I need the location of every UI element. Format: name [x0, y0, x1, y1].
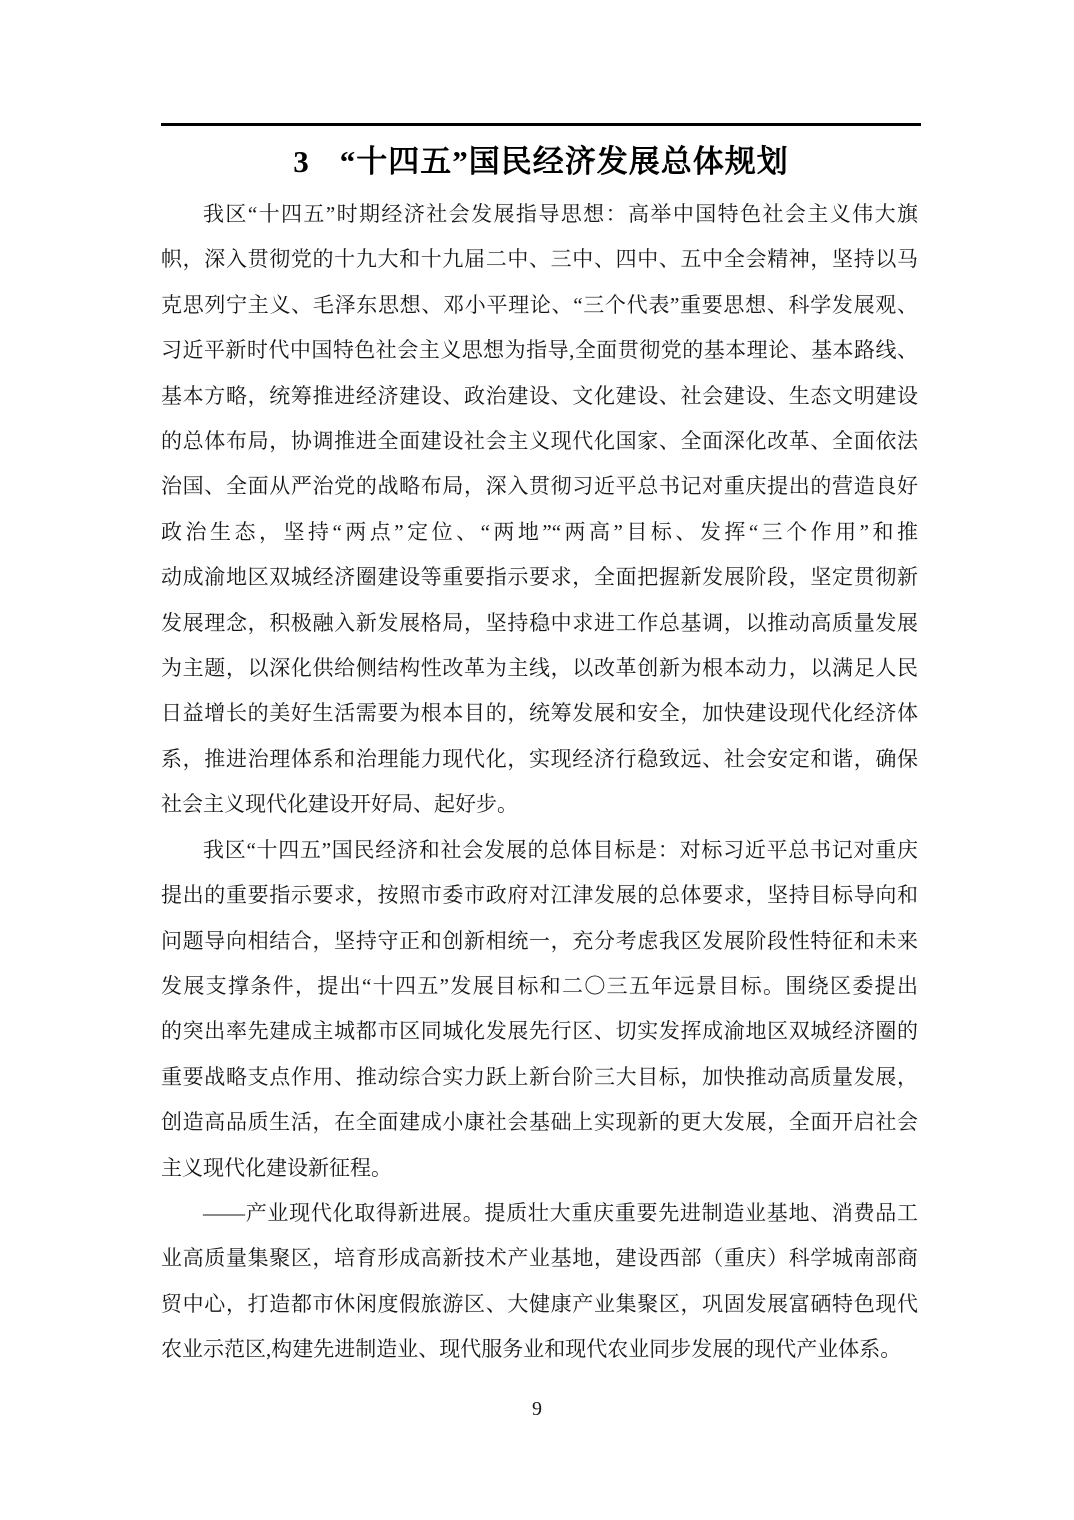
body-line-p1-13: 系，推进治理体系和治理能力现代化，实现经济行稳致远、社会安定和谐，确保: [161, 737, 918, 782]
body-line-p2-7: 创造高品质生活，在全面建成小康社会基础上实现新的更大发展，全面开启社会: [161, 1100, 918, 1145]
body-line-p1-4: 习近平新时代中国特色社会主义思想为指导,全面贯彻党的基本理论、基本路线、: [161, 328, 918, 373]
page-number: 9: [0, 1398, 1074, 1421]
body-line-p2-2: 提出的重要指示要求，按照市委市政府对江津发展的总体要求，坚持目标导向和: [161, 873, 918, 918]
body-line-p1-1: 我区“十四五”时期经济社会发展指导思想：高举中国特色社会主义伟大旗: [161, 192, 918, 237]
body-line-p1-5: 基本方略，统筹推进经济建设、政治建设、文化建设、社会建设、生态文明建设: [161, 374, 918, 419]
body-line-p1-6: 的总体布局，协调推进全面建设社会主义现代化国家、全面深化改革、全面依法: [161, 419, 918, 464]
document-page: 3“十四五”国民经济发展总体规划 我区“十四五”时期经济社会发展指导思想：高举中…: [0, 0, 1074, 1520]
body-line-p1-3: 克思列宁主义、毛泽东思想、邓小平理论、“三个代表”重要思想、科学发展观、: [161, 283, 918, 328]
body-line-p1-8: 政治生态，坚持“两点”定位、“两地”“两高”目标、发挥“三个作用”和推: [161, 510, 918, 555]
body-line-p2-8: 主义现代化建设新征程。: [161, 1146, 918, 1191]
body-line-p1-9: 动成渝地区双城经济圈建设等重要指示要求，全面把握新发展阶段，坚定贯彻新: [161, 555, 918, 600]
page-title: 3“十四五”国民经济发展总体规划: [161, 136, 921, 181]
body-line-p1-7: 治国、全面从严治党的战略布局，深入贯彻习近平总书记对重庆提出的营造良好: [161, 464, 918, 509]
body-line-p3-3: 贸中心，打造都市休闲度假旅游区、大健康产业集聚区，巩固发展富硒特色现代: [161, 1282, 918, 1327]
header-rule: [161, 123, 921, 126]
body-line-p3-2: 业高质量集聚区，培育形成高新技术产业基地，建设西部（重庆）科学城南部商: [161, 1236, 918, 1281]
body-line-p1-12: 日益增长的美好生活需要为根本目的，统筹发展和安全，加快建设现代化经济体: [161, 691, 918, 736]
section-number: 3: [293, 144, 310, 179]
document-body: 我区“十四五”时期经济社会发展指导思想：高举中国特色社会主义伟大旗帜，深入贯彻党…: [161, 192, 918, 1373]
body-line-p2-6: 重要战略支点作用、推动综合实力跃上新台阶三大目标，加快推动高质量发展，: [161, 1055, 918, 1100]
body-line-p1-10: 发展理念，积极融入新发展格局，坚持稳中求进工作总基调，以推动高质量发展: [161, 601, 918, 646]
section-title-text: “十四五”国民经济发展总体规划: [340, 144, 789, 179]
body-line-p1-14: 社会主义现代化建设开好局、起好步。: [161, 782, 918, 827]
body-line-p3-1: ——产业现代化取得新进展。提质壮大重庆重要先进制造业基地、消费品工: [161, 1191, 918, 1236]
body-line-p2-5: 的突出率先建成主城都市区同城化发展先行区、切实发挥成渝地区双城经济圈的: [161, 1009, 918, 1054]
body-line-p1-11: 为主题，以深化供给侧结构性改革为主线，以改革创新为根本动力，以满足人民: [161, 646, 918, 691]
body-line-p1-2: 帜，深入贯彻党的十九大和十九届二中、三中、四中、五中全会精神，坚持以马: [161, 237, 918, 282]
body-line-p2-3: 问题导向相结合，坚持守正和创新相统一，充分考虑我区发展阶段性特征和未来: [161, 919, 918, 964]
body-line-p2-1: 我区“十四五”国民经济和社会发展的总体目标是：对标习近平总书记对重庆: [161, 828, 918, 873]
body-line-p3-4: 农业示范区,构建先进制造业、现代服务业和现代农业同步发展的现代产业体系。: [161, 1327, 918, 1372]
body-line-p2-4: 发展支撑条件，提出“十四五”发展目标和二〇三五年远景目标。围绕区委提出: [161, 964, 918, 1009]
